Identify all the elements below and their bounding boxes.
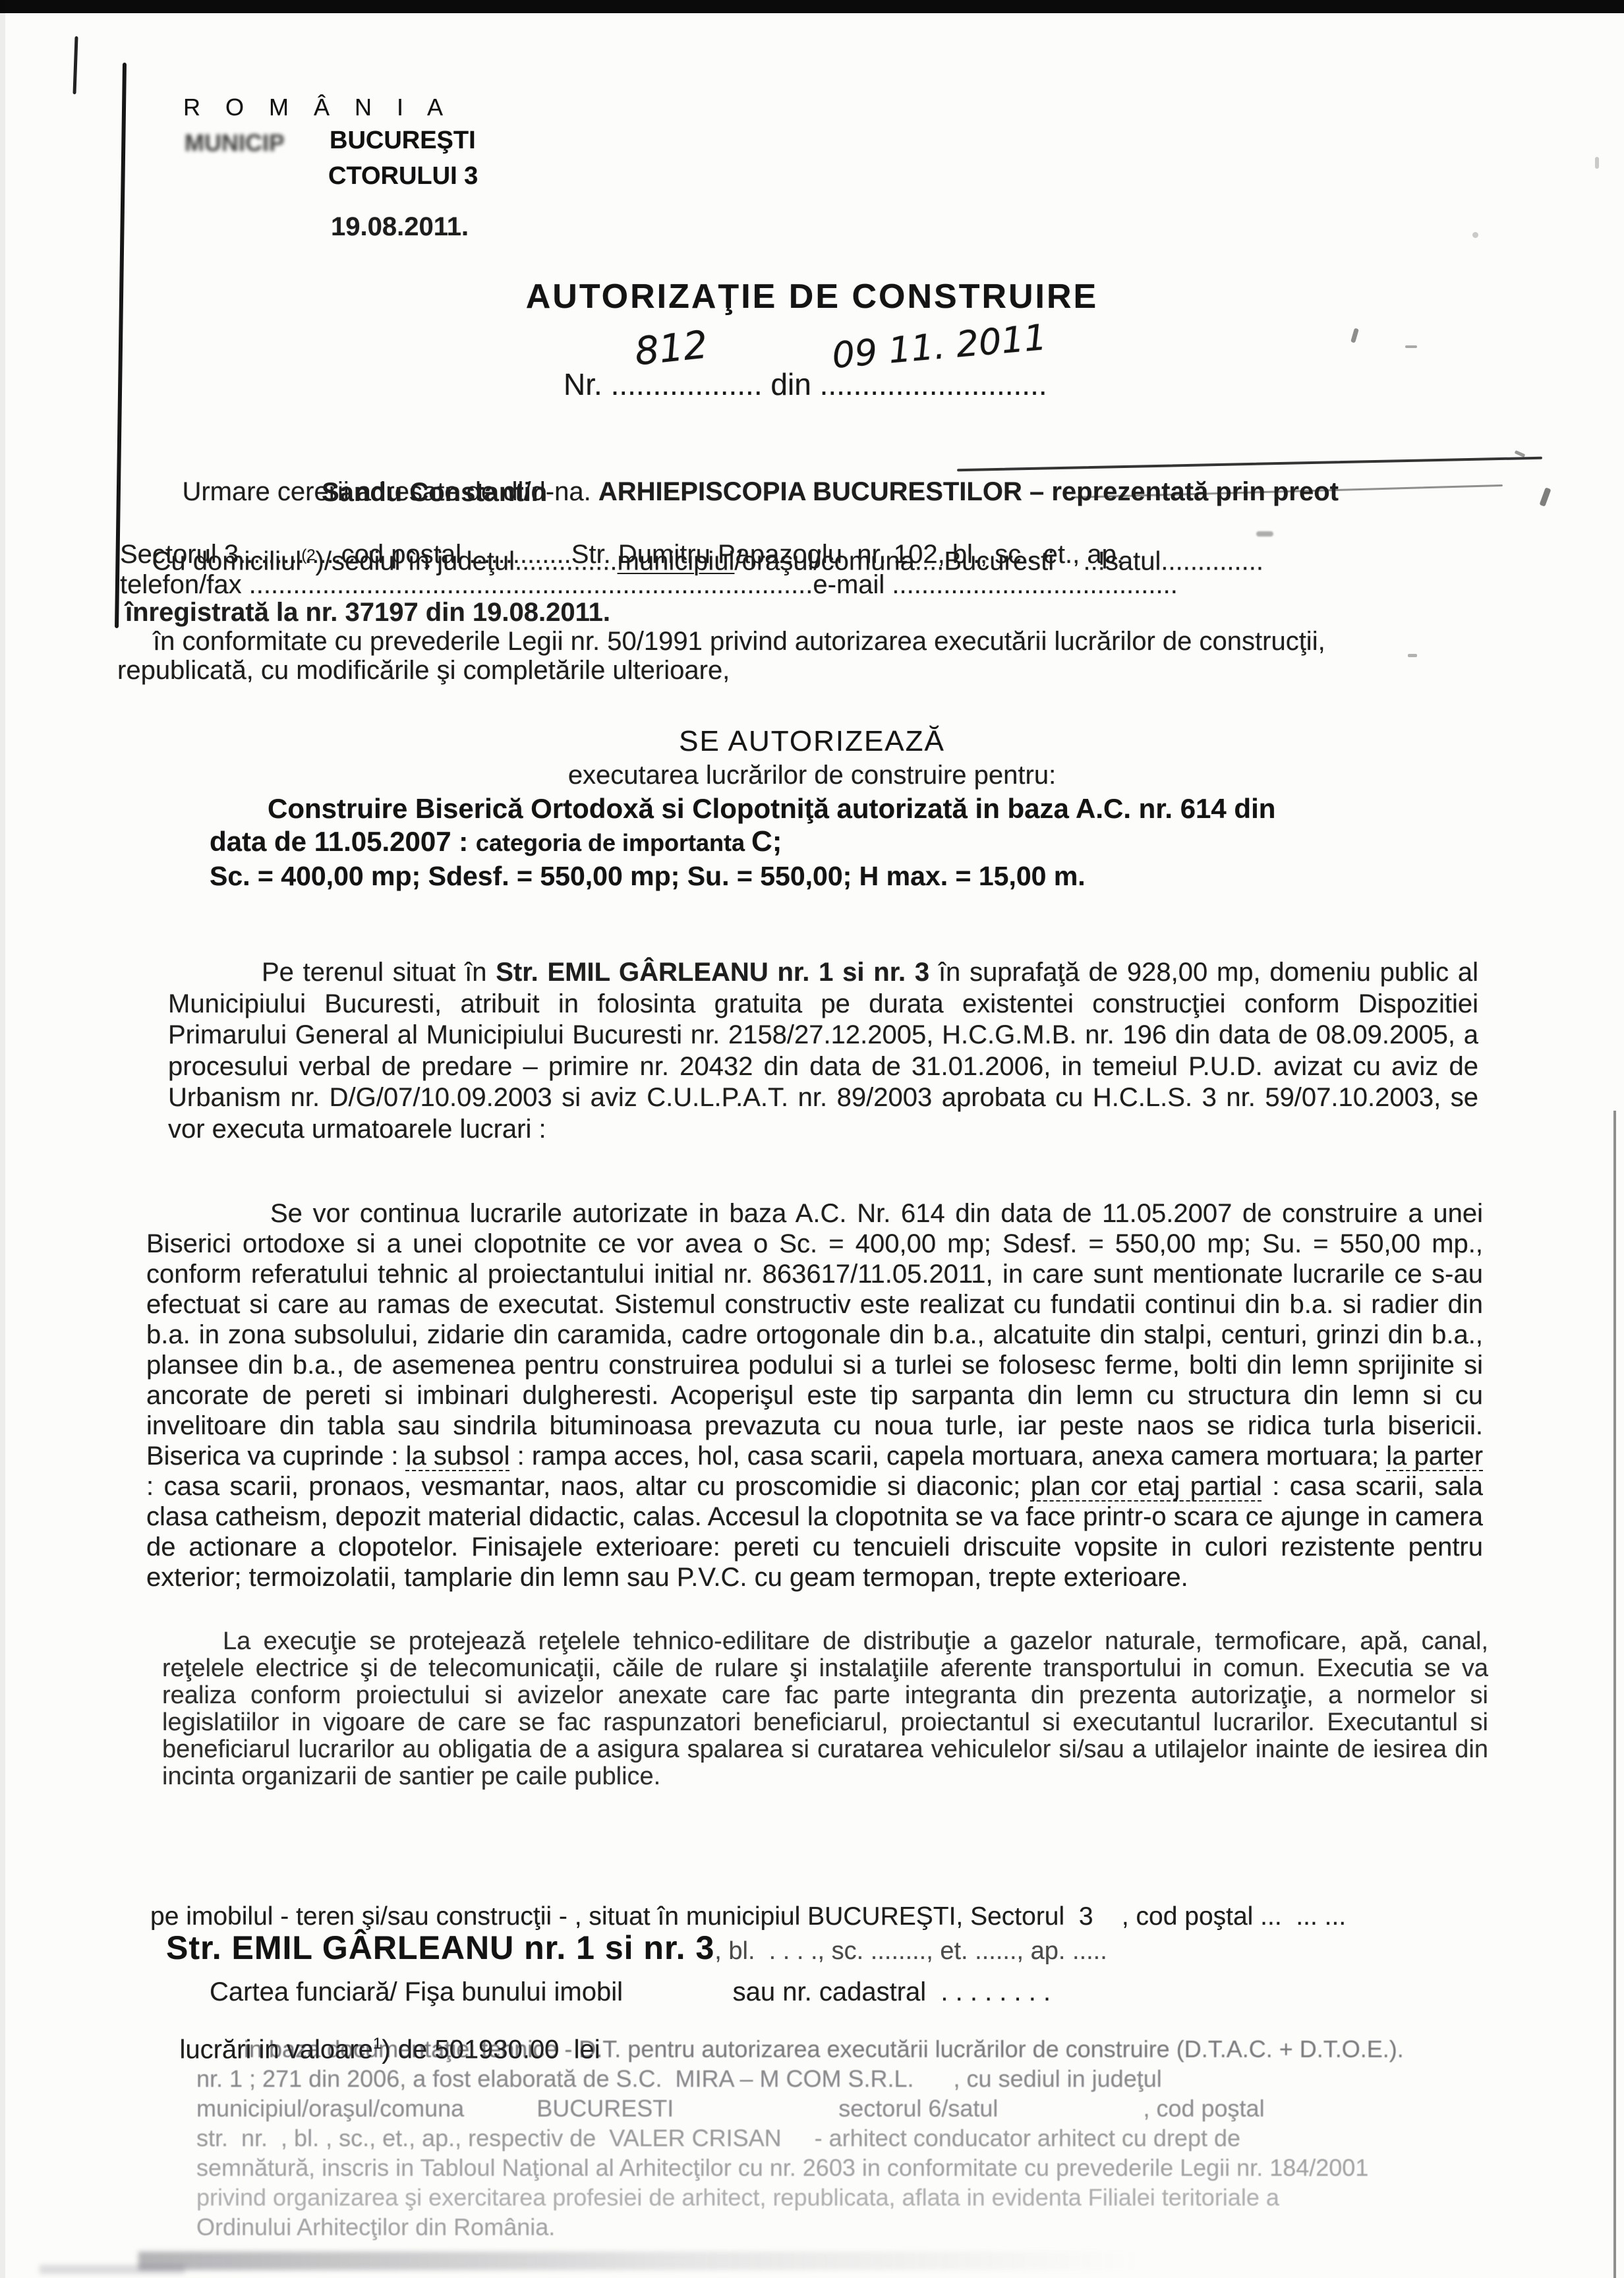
nr-dots: .................. [611,367,763,401]
applicant-name: ARHIEPISCOPIA BUCURESTILOR [598,477,1022,506]
pen-speck-4 [1539,487,1551,506]
scan-left-edge-shade [0,0,5,2278]
documentation-line-2: nr. 1 ; 271 din 2006, a fost elaborată d… [196,2064,1404,2093]
technical-documentation-block: in baza documentaţiei tehnice - D.T. pen… [196,2034,1404,2242]
request-dash: – [1022,477,1051,506]
land-paragraph: Pe terenul situat în Str. EMIL GÂRLEANU … [168,957,1478,1145]
works-underlined-ground-floor: la parter [1386,1442,1483,1471]
works-paragraph: Se vor continua lucrarile autorizate in … [146,1198,1483,1592]
object-line-2: data de 11.05.2007 : categoria de import… [210,825,1275,860]
scan-top-bar-artifact [0,0,1624,13]
letterhead-country: R O M Â N I A [183,94,452,121]
representative-name: Sandu Constantin [322,477,547,508]
object-line-2-date: data de 11.05.2007 : [210,826,476,857]
applicant-representative: reprezentată prin preot [1051,477,1339,506]
property-street-bold: Str. EMIL GÂRLEANU nr. 1 si nr. 3 [166,1929,714,1966]
scan-short-left-line [72,36,78,94]
land-street-bold: Str. EMIL GÂRLEANU nr. 1 si nr. 3 [496,958,929,987]
documentation-line-1: in baza documentaţiei tehnice - D.T. pen… [196,2034,1404,2064]
documentation-line-5: semnătură, inscris in Tabloul Naţional a… [196,2153,1404,2182]
law-reference-line-2: republicată, cu modificările şi completă… [117,655,730,686]
land-book-line: Cartea funciară/ Fişa bunului imobil sau… [210,1977,1051,2007]
works-part-2: : rampa acces, hol, casa scarii, capela … [510,1442,1387,1471]
din-label: din [770,367,811,401]
pen-speck-1 [1350,328,1359,343]
works-part-3: : casa scarii, pronaos, vesmantar, naos,… [146,1472,1031,1501]
object-line-2-category-label: categoria de importanta [476,829,751,856]
documentation-line-4: str. nr. , bl. , sc., et., ap., respecti… [196,2123,1404,2153]
pen-speck-5 [1408,654,1417,657]
authorization-heading: SE AUTORIZEAZĂ [0,725,1624,758]
pen-speck-3 [1515,450,1526,457]
phone-email-line: telefon/fax ............................… [120,569,1178,600]
law-reference-line-1: în conformitate cu prevederile Legii nr.… [153,626,1325,657]
property-location-line: pe imobilul - teren şi/sau construcţii -… [150,1902,1346,1931]
permit-number-line: Nr. .................. 812 din .........… [564,366,1047,402]
letterhead-municipality-smudged: MUNICIPIUL [185,129,283,161]
works-part-1: Se vor continua lucrarile autorizate in … [146,1199,1483,1471]
pen-speck-8 [1472,232,1478,238]
documentation-line-3: municipiul/oraşul/comuna BUCURESTI secto… [196,2093,1404,2123]
documentation-line-6: privind organizarea şi exercitarea profe… [196,2182,1404,2212]
scan-bottom-left-smudge [40,2265,185,2274]
protection-paragraph: La execuţie se protejează reţelele tehni… [162,1628,1488,1790]
sector-address-line: Sectorul 3..............cod poştal .....… [120,539,1124,570]
letterhead-city: BUCUREŞTI [330,127,476,155]
documentation-line-7: Ordinului Arhitecţilor din România. [196,2212,1404,2242]
property-street-rest: , bl. . . . ., sc. ........, et. ......,… [714,1937,1107,1965]
object-line-1: Construire Biserică Ortodoxă si Clopotni… [210,792,1275,825]
property-street-line: Str. EMIL GÂRLEANU nr. 1 si nr. 3, bl. .… [166,1929,1107,1967]
din-dotted-field: ........................... 09 11. 2011 [820,366,1047,402]
authorization-subheading: executarea lucrărilor de construire pent… [0,761,1624,790]
issue-date: 19.08.2011. [331,212,469,242]
land-intro: Pe terenul situat în [262,958,496,987]
authorized-object-block: Construire Biserică Ortodoxă si Clopotni… [210,792,1275,892]
nr-label: Nr. [564,367,602,401]
works-underlined-basement: la subsol [406,1442,510,1471]
nr-dotted-field: .................. 812 [611,366,763,402]
works-underlined-choir-level: plan cor etaj partial [1031,1472,1262,1501]
registration-line: înregistrată la nr. 37197 din 19.08.2011… [125,597,610,628]
scan-bottom-smudge [138,2252,1140,2270]
object-line-3-areas: Sc. = 400,00 mp; Sdesf. = 550,00 mp; Su.… [210,860,1275,892]
pen-speck-2 [1405,345,1417,348]
scanned-building-permit-page: R O M Â N I A MUNICIPIUL BUCUREŞTI CTORU… [0,0,1624,2278]
pen-speck-7 [1595,157,1599,169]
letterhead-sector-fragment: CTORULUI 3 [328,162,478,190]
document-title: AUTORIZAŢIE DE CONSTRUIRE [0,277,1624,316]
scan-right-edge-line [1613,1111,1616,2278]
permit-number-value-handwritten: 812 [632,322,709,374]
object-line-2-category-value: C; [751,825,782,858]
